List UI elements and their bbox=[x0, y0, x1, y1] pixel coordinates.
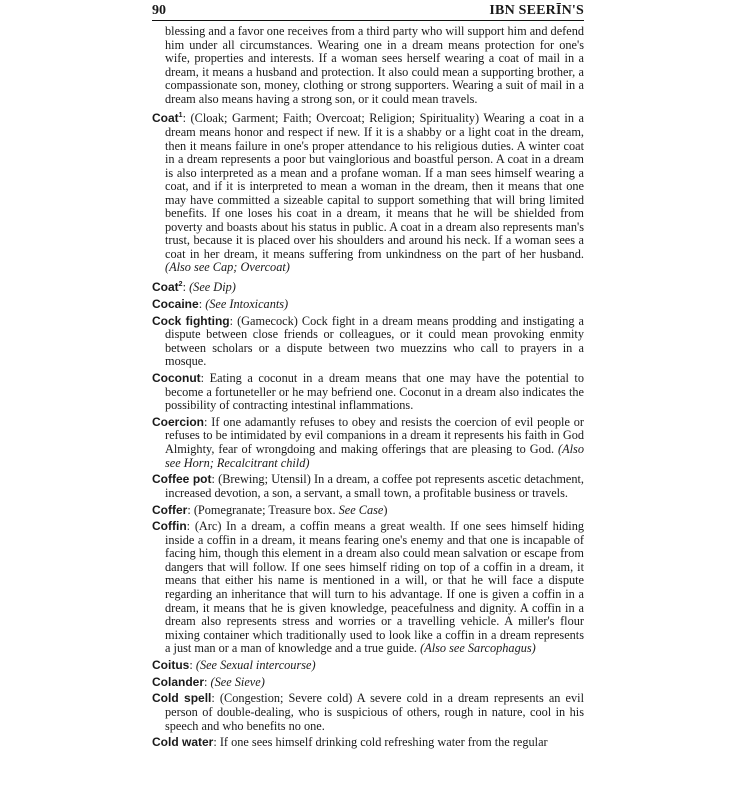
headword: Coercion bbox=[152, 415, 204, 429]
headword: Cock fighting bbox=[152, 314, 230, 328]
entry-coercion: Coercion: If one adamantly refuses to ob… bbox=[152, 416, 584, 470]
cross-reference: (See Sexual intercourse) bbox=[196, 658, 316, 672]
headword: Cocaine bbox=[152, 297, 199, 311]
cross-reference: (Also see Cap; Overcoat) bbox=[165, 260, 290, 274]
entry-cold-water: Cold water: If one sees himself drinking… bbox=[152, 736, 584, 750]
headword: Cold water bbox=[152, 735, 213, 749]
entry-coffin: Coffin: (Arc) In a dream, a coffin means… bbox=[152, 520, 584, 655]
entry-colander: Colander: (See Sieve) bbox=[152, 676, 584, 690]
cross-reference: (See Intoxicants) bbox=[205, 297, 288, 311]
headword: Coat2 bbox=[152, 280, 183, 294]
headword: Coitus bbox=[152, 658, 189, 672]
entry-coat-1: Coat1: (Cloak; Garment; Faith; Overcoat;… bbox=[152, 109, 584, 275]
entry-coitus: Coitus: (See Sexual intercourse) bbox=[152, 659, 584, 673]
book-title: IBN SEERĪN'S bbox=[489, 3, 584, 19]
cross-reference: (See Dip) bbox=[189, 280, 236, 294]
headword: Colander bbox=[152, 675, 204, 689]
entry-cocaine: Cocaine: (See Intoxicants) bbox=[152, 298, 584, 312]
entry-cock-fighting: Cock fighting: (Gamecock) Cock fight in … bbox=[152, 315, 584, 369]
cross-reference: See Case bbox=[339, 503, 384, 517]
page-number: 90 bbox=[152, 3, 166, 19]
entry-coffee-pot: Coffee pot: (Brewing; Utensil) In a drea… bbox=[152, 473, 584, 500]
entry-coffer: Coffer: (Pomegranate; Treasure box. See … bbox=[152, 504, 584, 518]
continued-paragraph: blessing and a favor one receives from a… bbox=[152, 25, 584, 106]
running-head: 90 IBN SEERĪN'S bbox=[152, 0, 584, 21]
cross-reference: (See Sieve) bbox=[211, 675, 265, 689]
headword: Coat1 bbox=[152, 111, 183, 125]
entry-coat-2: Coat2: (See Dip) bbox=[152, 278, 584, 295]
headword: Coffee pot bbox=[152, 472, 211, 486]
entry-cold-spell: Cold spell: (Congestion; Severe cold) A … bbox=[152, 692, 584, 733]
book-page: 90 IBN SEERĪN'S blessing and a favor one… bbox=[152, 0, 584, 750]
headword: Coffin bbox=[152, 519, 187, 533]
headword: Coconut bbox=[152, 371, 201, 385]
entry-coconut: Coconut: Eating a coconut in a dream mea… bbox=[152, 372, 584, 413]
page-body: blessing and a favor one receives from a… bbox=[152, 25, 584, 750]
headword: Cold spell bbox=[152, 691, 211, 705]
cross-reference: (Also see Sarcophagus) bbox=[420, 641, 536, 655]
headword: Coffer bbox=[152, 503, 187, 517]
